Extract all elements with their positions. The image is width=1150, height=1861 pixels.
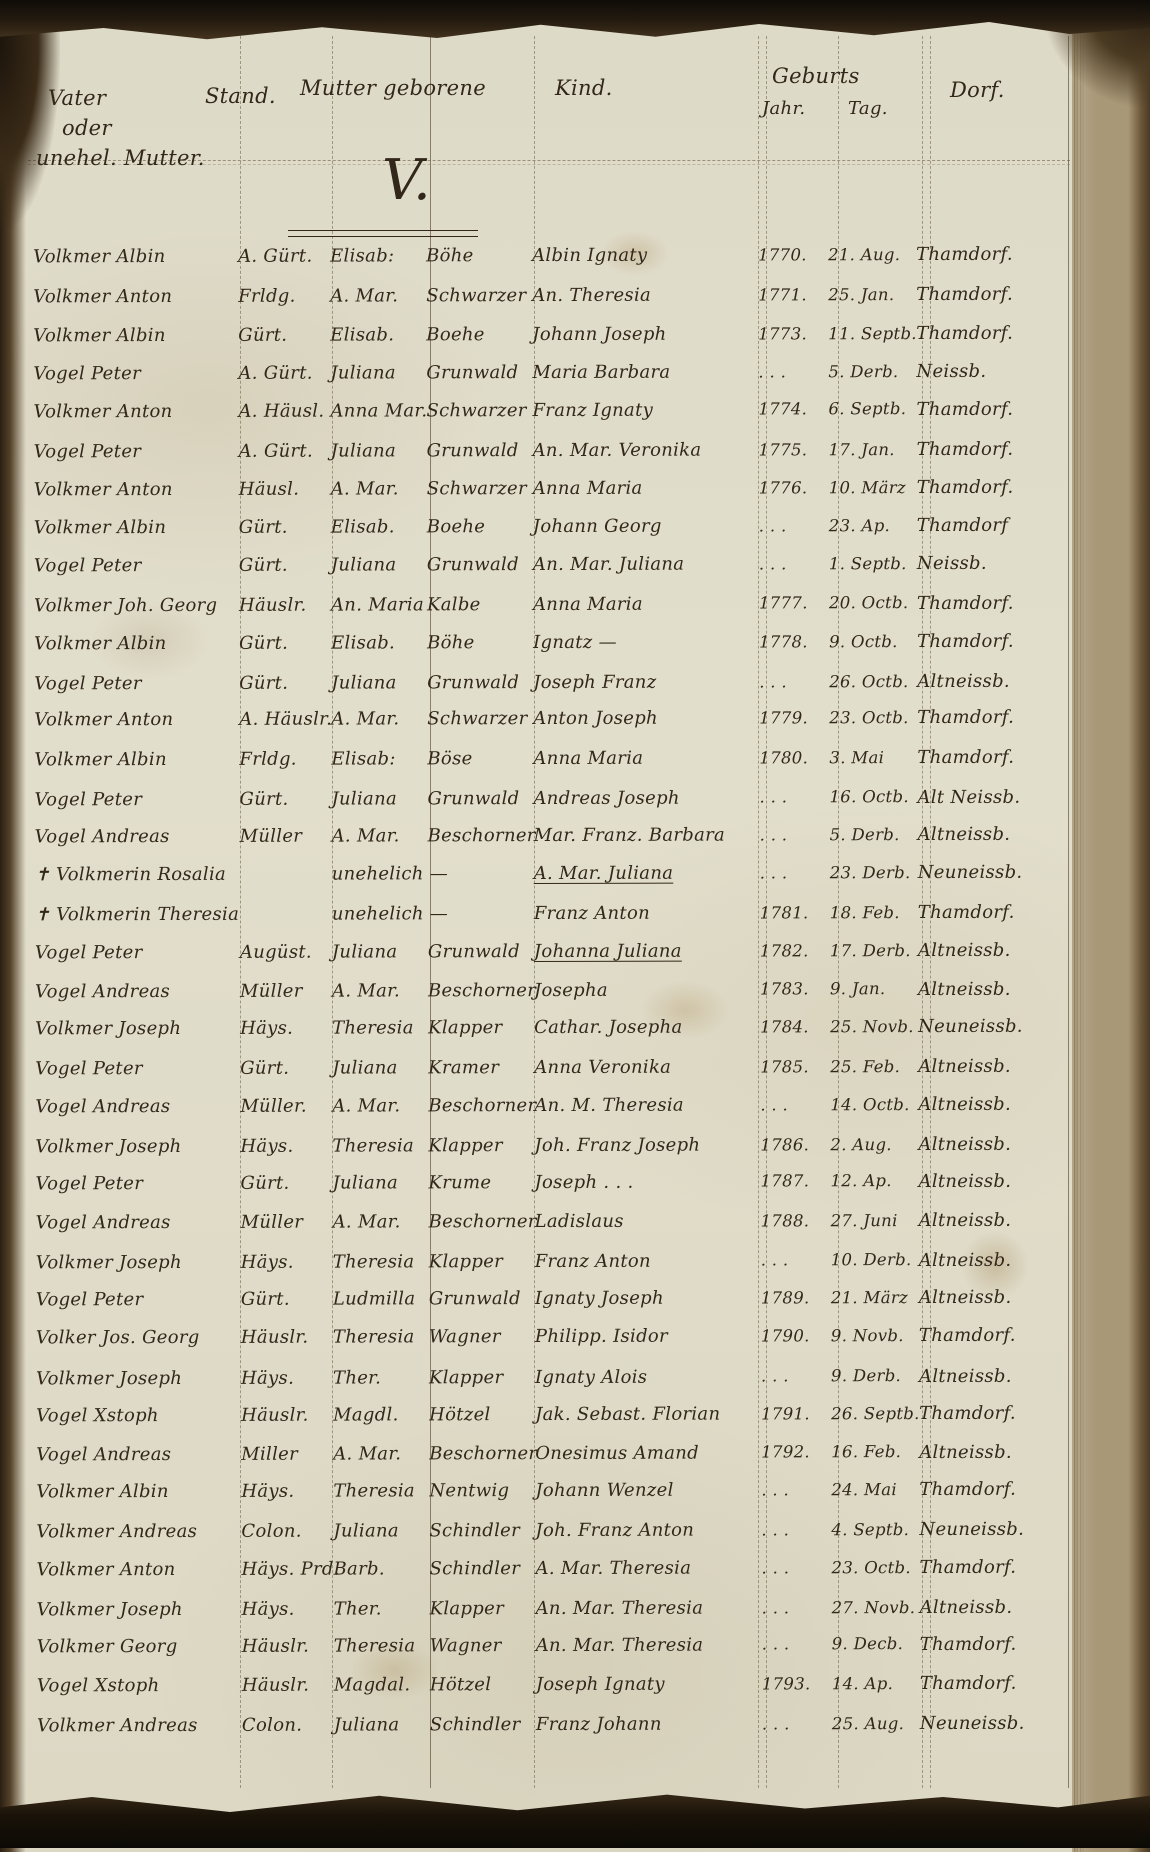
cell-mother: Juliana (331, 556, 427, 574)
cell-maiden: Beschorner (428, 827, 534, 845)
cell-year: . . . (759, 518, 829, 535)
cell-mother: Ther. (333, 1369, 429, 1387)
cell-village: Altneissb. (918, 980, 1058, 998)
cell-village: Alt Neissb. (917, 788, 1057, 806)
cell-day: 5. Derb. (828, 364, 916, 381)
cell-day: 21. Aug. (828, 247, 916, 264)
cell-year: 1782. (760, 943, 830, 960)
cell-stand: Frldg. (239, 751, 331, 769)
cell-child: Joseph Franz (533, 673, 759, 692)
cell-day: 9. Derb. (831, 1368, 919, 1385)
header-child: Kind. (555, 76, 613, 100)
cell-mother: unehelich — (332, 865, 428, 883)
cell-child: Cathar. Josepha (534, 1019, 760, 1038)
cell-father: Volkmer Joh. Georg (34, 596, 239, 615)
cell-year: 1777. (759, 596, 829, 613)
cell-stand: Gürt. (241, 1291, 333, 1309)
table-row: Volkmer AlbinFrldg.Elisab:BöseAnna Maria… (34, 738, 1069, 779)
cell-child: A. Mar. Juliana (534, 864, 760, 883)
cell-day: 27. Novb. (832, 1600, 920, 1617)
cell-father: Vogel Peter (34, 443, 239, 462)
cell-father: Volkmer Joseph (35, 1020, 240, 1039)
cell-stand: Gürt. (240, 1174, 332, 1192)
cell-village: Thamdorf. (919, 1327, 1059, 1345)
cell-day: 24. Mai (831, 1482, 919, 1499)
cell-father: Vogel Andreas (36, 1446, 241, 1465)
header-mother: Mutter geborene (300, 76, 486, 100)
table-row: Vogel XstophHäuslr.Magdl.HötzelJak. Seba… (36, 1394, 1071, 1435)
cell-father: Vogel Peter (35, 944, 240, 963)
cell-child: An. Mar. Theresia (536, 1636, 762, 1655)
cell-father: Vogel Xstoph (36, 1407, 241, 1426)
table-row: Vogel AndreasMüllerA. Mar.BeschornerMar.… (35, 816, 1070, 857)
header-father-line3: unehel. Mutter. (36, 146, 205, 170)
cell-child: An. M. Theresia (534, 1097, 760, 1116)
cell-father: Volkmer Georg (37, 1637, 242, 1656)
table-row: Vogel PeterGürt.JulianaKramerAnna Veroni… (35, 1047, 1070, 1088)
cell-mother: Elisab. (330, 327, 426, 345)
cell-mother: Juliana (332, 1174, 428, 1192)
cell-father: Volkmer Joseph (35, 1138, 240, 1157)
cell-village: Thamdorf. (917, 633, 1057, 651)
cell-day: 9. Decb. (832, 1636, 920, 1653)
cell-day: 23. Derb. (830, 865, 918, 882)
cell-maiden: Böse (427, 750, 533, 768)
cell-village: Altneissb. (919, 1367, 1059, 1385)
cell-village: Thamdorf. (920, 1635, 1060, 1653)
table-row: Volkmer JosephHäys.Ther.KlapperAn. Mar. … (37, 1587, 1072, 1628)
cell-day: 12. Ap. (830, 1173, 918, 1190)
cell-child: Joseph Ignaty (536, 1676, 762, 1695)
cell-day: 1. Septb. (829, 556, 917, 573)
cell-year: 1771. (758, 287, 828, 304)
cell-village: Thamdorf. (917, 441, 1057, 459)
cell-child: Johann Wenzel (535, 1482, 761, 1501)
cell-father: Vogel Peter (34, 557, 239, 576)
table-row: Vogel PeterGürt.LudmillaGrunwaldIgnaty J… (36, 1279, 1071, 1320)
table-row: Volkmer Joh. GeorgHäuslr.An. MariaKalbeA… (34, 584, 1069, 625)
table-row: Volkmer AlbinGürt.Elisab.BoeheJohann Geo… (34, 507, 1069, 548)
cell-father: Vogel Peter (35, 1060, 240, 1079)
cell-mother: An. Maria (331, 596, 427, 614)
cell-maiden: Grunwald (427, 674, 533, 692)
cell-child: Ignatz — (533, 634, 759, 653)
cell-year: . . . (761, 1561, 831, 1578)
cell-year: . . . (761, 1482, 831, 1499)
cell-stand: Gürt. (239, 790, 331, 808)
cell-village: Altneissb. (918, 942, 1058, 960)
cell-day: 9. Octb. (829, 634, 917, 651)
table-row: Volkmer AlbinHäys.TheresiaNentwigJohann … (36, 1472, 1071, 1513)
cell-day: 23. Octb. (831, 1560, 919, 1577)
cell-father: Volkmer Albin (34, 519, 239, 538)
cell-father: Vogel Xstoph (37, 1677, 242, 1696)
cell-father: Vogel Peter (36, 1291, 241, 1310)
section-letter: V. (382, 148, 431, 213)
cell-mother: Theresia (332, 1137, 428, 1155)
cell-mother: Theresia (333, 1253, 429, 1271)
cell-stand: A. Gürt. (238, 248, 330, 266)
cell-stand: Colon. (242, 1716, 334, 1734)
cell-village: Thamdorf. (917, 709, 1057, 727)
cell-child: Philipp. Isidor (535, 1327, 761, 1346)
cell-village: Altneissb. (918, 1057, 1058, 1075)
cell-day: 18. Feb. (830, 905, 918, 922)
cell-village: Altneissb. (919, 1212, 1059, 1230)
cell-maiden: Schindler (429, 1561, 535, 1579)
table-row: Volkmer GeorgHäuslr.TheresiaWagnerAn. Ma… (37, 1626, 1072, 1667)
cell-stand: Häys. (240, 1138, 332, 1156)
table-row: Volkmer AlbinGürt.Elisab.BoeheJohann Jos… (33, 314, 1068, 355)
cell-village: Altneissb. (918, 1136, 1058, 1154)
cell-day: 2. Aug. (830, 1137, 918, 1154)
cell-stand: Gürt. (239, 557, 331, 575)
cell-mother: A. Mar. (333, 1213, 429, 1231)
cell-village: Thamdorf. (916, 286, 1056, 304)
cell-father: Volkmer Joseph (37, 1601, 242, 1620)
cell-year: . . . (761, 1369, 831, 1386)
cell-year: 1781. (760, 905, 830, 922)
cell-father: Vogel Andreas (36, 1214, 241, 1233)
cell-stand: Häuslr. (239, 596, 331, 614)
cell-stand: A. Häusl. (238, 402, 330, 420)
cell-day: 4. Septb. (831, 1522, 919, 1539)
cell-year: . . . (760, 865, 830, 882)
cell-maiden: Wagner (430, 1637, 536, 1655)
cell-father: Volker Jos. Georg (36, 1329, 241, 1348)
cell-village: Neuneissb. (918, 1018, 1058, 1036)
cell-maiden: Beschorner (429, 1445, 535, 1463)
cell-day: 17. Derb. (830, 943, 918, 960)
cell-father: Volkmer Joseph (36, 1369, 241, 1388)
cell-village: Neissb. (917, 555, 1057, 573)
cell-mother: Theresia (333, 1328, 429, 1346)
cell-father: ✝ Volkmerin Theresia (35, 906, 240, 925)
cell-father: Volkmer Albin (33, 327, 238, 346)
cell-child: Johanna Juliana (534, 942, 760, 961)
table-row: Volkmer AndreasColon.JulianaSchindlerFra… (37, 1703, 1072, 1744)
cell-village: Thamdorf. (916, 400, 1056, 418)
cell-mother: A. Mar. (330, 287, 426, 305)
cell-father: Vogel Andreas (35, 828, 240, 847)
cell-year: 1786. (760, 1137, 830, 1154)
cell-year: . . . (760, 1097, 830, 1114)
cell-father: Volkmer Anton (34, 481, 239, 500)
table-row: Vogel AndreasMüllerA. Mar.BeschornerLadi… (36, 1201, 1071, 1242)
cell-mother: Juliana (334, 1716, 430, 1734)
cell-year: . . . (762, 1600, 832, 1617)
table-row: Volkmer JosephHäys.TheresiaKlapperJoh. F… (35, 1124, 1070, 1165)
cell-year: 1787. (760, 1174, 830, 1191)
cell-child: An. Mar. Juliana (533, 556, 759, 575)
cell-child: Ignaty Joseph (535, 1290, 761, 1309)
cell-maiden: Krume (428, 1174, 534, 1192)
table-row: Volkmer AntonHäusl.A. Mar.SchwarzerAnna … (34, 468, 1069, 509)
cell-child: Maria Barbara (532, 364, 758, 383)
cell-child: Franz Johann (536, 1715, 762, 1734)
cell-maiden: Klapper (429, 1253, 535, 1271)
cell-day: 25. Jan. (828, 287, 916, 304)
cell-maiden: Wagner (429, 1328, 535, 1346)
cell-stand: Gürt. (239, 519, 331, 537)
cell-maiden: Beschorner (428, 982, 534, 1000)
cell-mother: Elisab. (331, 635, 427, 653)
cell-stand: Häys. Prd. (241, 1561, 333, 1579)
cell-maiden: Schwarzer (427, 710, 533, 728)
cell-stand: Häys. (241, 1483, 333, 1501)
cell-year: 1793. (762, 1676, 832, 1693)
cell-child: An. Theresia (532, 286, 758, 305)
cell-child: Johann Joseph (532, 326, 758, 345)
cell-father: ✝ Volkmerin Rosalia (35, 866, 240, 885)
cell-year: 1773. (758, 327, 828, 344)
cell-year: 1789. (761, 1290, 831, 1307)
cell-year: 1779. (759, 710, 829, 727)
cell-stand: Müller (240, 982, 332, 1000)
cell-maiden: Böhe (426, 247, 532, 265)
header-birth-day: Tag. (848, 98, 888, 119)
table-row: Vogel XstophHäuslr.Magdal.HötzelJoseph I… (37, 1665, 1072, 1706)
cell-father: Volkmer Joseph (36, 1254, 241, 1273)
cell-father: Volkmer Anton (36, 1561, 241, 1580)
cell-day: 10. Derb. (831, 1253, 919, 1270)
cell-maiden: Boehe (427, 519, 533, 537)
cell-mother: Juliana (333, 1522, 429, 1540)
cell-mother: A. Mar. (332, 982, 428, 1000)
cell-child: Jak. Sebast. Florian (535, 1406, 761, 1425)
cell-father: Vogel Peter (33, 365, 238, 384)
cell-father: Volkmer Anton (33, 402, 238, 421)
table-row: Volkmer AndreasColon.JulianaSchindlerJoh… (36, 1510, 1071, 1551)
cell-year: . . . (760, 827, 830, 844)
cell-stand: Häuslr. (241, 1328, 333, 1346)
cell-day: 20. Octb. (829, 595, 917, 612)
table-row: Volkmer JosephHäys.Ther.KlapperIgnaty Al… (36, 1356, 1071, 1397)
cell-stand: Gürt. (240, 1059, 332, 1077)
cell-village: Thamdorf. (920, 1675, 1060, 1693)
cell-mother: Elisab. (331, 519, 427, 537)
cell-maiden: Klapper (428, 1019, 534, 1037)
cell-year: . . . (759, 556, 829, 573)
cell-father: Volkmer Albin (36, 1483, 241, 1502)
cell-year: 1776. (759, 480, 829, 497)
cell-father: Vogel Andreas (35, 1098, 240, 1117)
section-underline (288, 230, 478, 237)
cell-day: 6. Septb. (828, 401, 916, 418)
cell-village: Thamdorf. (917, 479, 1057, 497)
cell-maiden: Nentwig (429, 1482, 535, 1500)
cell-maiden: Kramer (428, 1059, 534, 1077)
cell-stand: Müller (241, 1214, 333, 1232)
cell-child: A. Mar. Theresia (535, 1560, 761, 1579)
cell-stand: Gürt. (238, 327, 330, 345)
cell-maiden: Schwarzer (427, 480, 533, 498)
cell-child: Andreas Joseph (533, 789, 759, 808)
cell-day: 5. Derb. (830, 827, 918, 844)
cell-village: Thamdorf. (916, 325, 1056, 343)
cell-mother: Juliana (332, 1059, 428, 1077)
cell-mother: Ther. (334, 1600, 430, 1618)
cell-stand: Häys. (242, 1601, 334, 1619)
cell-father: Vogel Peter (34, 675, 239, 694)
cell-child: An. Mar. Theresia (536, 1600, 762, 1619)
cell-child: Joh. Franz Joseph (534, 1136, 760, 1155)
cell-father: Vogel Peter (35, 1174, 240, 1193)
cell-mother: Juliana (331, 790, 427, 808)
cell-mother: A. Mar. (333, 1445, 429, 1463)
cell-mother: Anna Mar. (330, 402, 426, 420)
cell-child: Albin Ignaty (532, 247, 758, 266)
cell-village: Neuneissb. (919, 1521, 1059, 1539)
cell-mother: A. Mar. (331, 480, 427, 498)
cell-day: 26. Septb. (831, 1406, 919, 1423)
cell-maiden: Grunwald (427, 442, 533, 460)
cell-child: Joh. Franz Anton (535, 1521, 761, 1540)
cell-year: 1778. (759, 634, 829, 651)
cell-child: Josepha (534, 981, 760, 1000)
cell-maiden: Klapper (430, 1600, 536, 1618)
cell-child: Ladislaus (535, 1213, 761, 1232)
table-row: Volkmer JosephHäys.TheresiaKlapperFranz … (36, 1240, 1071, 1281)
cell-child: Franz Anton (534, 905, 760, 924)
cell-village: Altneissb. (918, 826, 1058, 844)
cell-mother: Juliana (331, 443, 427, 461)
table-row: Volkmer AntonA. Häusl.Anna Mar.Schwarzer… (33, 391, 1068, 432)
cell-day: 21. März (831, 1290, 919, 1307)
cell-stand: Müller. (240, 1098, 332, 1116)
cell-village: Altneissb. (919, 1251, 1059, 1269)
cell-maiden: Grunwald (427, 556, 533, 574)
cell-child: Anton Joseph (533, 710, 759, 729)
table-row: Vogel PeterGürt.JulianaGrunwaldAn. Mar. … (34, 545, 1069, 586)
cell-village: Thamdorf. (917, 594, 1057, 612)
cell-year: . . . (762, 1716, 832, 1733)
cell-year: 1784. (760, 1019, 830, 1036)
cell-child: Mar. Franz. Barbara (534, 827, 760, 846)
cell-stand: Gürt. (239, 635, 331, 653)
table-row: Vogel PeterA. Gürt.JulianaGrunwaldMaria … (33, 352, 1068, 393)
cell-child: Anna Maria (533, 749, 759, 768)
cell-child: Anna Maria (533, 595, 759, 614)
cell-year: 1791. (761, 1406, 831, 1423)
cell-child: Johann Georg (533, 518, 759, 537)
cell-child: Anna Veronika (534, 1058, 760, 1077)
cell-stand: Häys. (240, 1020, 332, 1038)
table-row: ✝ Volkmerin Theresiaunehelich —Franz Ant… (35, 893, 1070, 934)
cell-father: Volkmer Anton (34, 711, 239, 730)
cell-father: Volkmer Albin (34, 635, 239, 654)
cell-day: 23. Ap. (829, 518, 917, 535)
cell-day: 23. Octb. (829, 710, 917, 727)
cell-village: Thamdorf (917, 517, 1057, 535)
cell-stand: Häys. (241, 1369, 333, 1387)
cell-year: . . . (759, 674, 829, 691)
cell-village: Altneissb. (918, 1096, 1058, 1114)
table-row: Vogel PeterA. Gürt.JulianaGrunwaldAn. Ma… (34, 430, 1069, 471)
cell-year: . . . (762, 1637, 832, 1654)
cell-year: 1788. (761, 1213, 831, 1230)
page-stack-edge-dark (1128, 0, 1150, 1852)
cell-mother: Theresia (333, 1483, 429, 1501)
cell-village: Altneissb. (917, 673, 1057, 691)
cell-mother: Theresia (332, 1019, 428, 1037)
cell-child: Joseph . . . (534, 1173, 760, 1192)
cell-maiden: Beschorner (429, 1213, 535, 1231)
cell-maiden: Hötzel (430, 1676, 536, 1694)
cell-village: Thamdorf. (917, 749, 1057, 767)
cell-day: 11. Septb. (828, 326, 916, 343)
header-stand: Stand. (205, 84, 276, 108)
cell-mother: Magdl. (333, 1406, 429, 1424)
cell-child: Anna Maria (533, 479, 759, 498)
cell-stand: A. Häuslr. (239, 711, 331, 729)
cell-father: Vogel Andreas (35, 982, 240, 1001)
cell-day: 25. Novb. (830, 1019, 918, 1036)
cell-father: Volkmer Anton (33, 288, 238, 307)
cell-day: 25. Feb. (830, 1059, 918, 1076)
cell-village: Thamdorf. (919, 1481, 1059, 1499)
cell-mother: Theresia (334, 1637, 430, 1655)
cell-village: Neuneissb. (920, 1715, 1060, 1733)
cell-father: Vogel Peter (34, 790, 239, 809)
cell-maiden: Schindler (429, 1522, 535, 1540)
cell-stand: A. Gürt. (238, 365, 330, 383)
cell-village: Thamdorf. (919, 1559, 1059, 1577)
cell-stand: Colon. (241, 1522, 333, 1540)
cell-stand: Häys. (241, 1253, 333, 1271)
cell-year: 1783. (760, 982, 830, 999)
register-rows: Volkmer AlbinA. Gürt.Elisab:BöheAlbin Ig… (33, 237, 1072, 1745)
cell-maiden: Boehe (426, 327, 532, 345)
cell-day: 16. Feb. (831, 1444, 919, 1461)
cell-maiden: Beschorner (428, 1097, 534, 1115)
cell-day: 27. Juni (831, 1213, 919, 1230)
cell-year: 1780. (759, 750, 829, 767)
cell-year: 1790. (761, 1328, 831, 1345)
cell-village: Neissb. (916, 363, 1056, 381)
cell-mother: Barb. (333, 1561, 429, 1579)
cell-maiden: Klapper (428, 1137, 534, 1155)
table-row: Volkmer AlbinGürt.Elisab.BöheIgnatz —177… (34, 623, 1069, 664)
cell-year: 1774. (758, 402, 828, 419)
cell-village: Thamdorf. (918, 904, 1058, 922)
cell-maiden: Böhe (427, 634, 533, 652)
cell-child: Onesimus Amand (535, 1444, 761, 1463)
cell-year: . . . (761, 1522, 831, 1539)
cell-stand: Häuslr. (242, 1637, 334, 1655)
book-photo: Vater oder unehel. Mutter. Stand. Mutter… (0, 0, 1150, 1861)
cell-child: Ignaty Alois (535, 1368, 761, 1387)
cell-maiden: Schindler (430, 1716, 536, 1734)
cell-mother: Magdal. (334, 1677, 430, 1695)
table-row: Volkmer AntonHäys. Prd.Barb.SchindlerA. … (36, 1549, 1071, 1590)
cell-mother: Ludmilla (333, 1291, 429, 1309)
cell-day: 3. Mai (829, 750, 917, 767)
register-page: Vater oder unehel. Mutter. Stand. Mutter… (0, 0, 1150, 1852)
cell-village: Altneissb. (920, 1599, 1060, 1617)
cell-mother: Elisab: (331, 750, 427, 768)
cell-stand: Häusl. (239, 480, 331, 498)
cell-village: Thamdorf. (916, 246, 1056, 264)
cell-child: An. Mar. Veronika (533, 442, 759, 461)
cell-maiden: Schwarzer (426, 287, 532, 305)
cell-father: Volkmer Albin (34, 751, 239, 770)
table-row: Volkmer AntonA. Häuslr.A. Mar.SchwarzerA… (34, 700, 1069, 741)
cell-day: 14. Octb. (830, 1097, 918, 1114)
cell-village: Thamdorf. (919, 1405, 1059, 1423)
cell-day: 17. Jan. (829, 442, 917, 459)
cell-stand: Miller (241, 1445, 333, 1463)
